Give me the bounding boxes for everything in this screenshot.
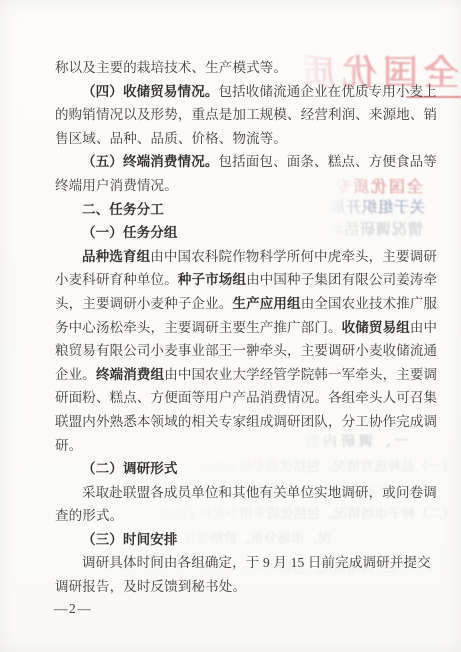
text-line: 务中心汤松牵头，主要调研主要生产推广部门。收储贸易组由中 [55,316,427,340]
text-line: （二）调研形式 [55,457,427,481]
bold-text-segment: （二）调研形式 [82,461,178,476]
text-line: 联盟内外熟悉本领域的相关专家组成调研团队，分工协作完成调 [55,410,427,434]
text-line: （三）时间安排 [55,528,427,552]
text-segment: 售区域、品种、品质、价格、物流等。 [55,131,287,146]
document-body: 称以及主要的栽培技术、生产模式等。（四）收储贸易情况。包括收储流通企业在优质专用… [55,56,427,599]
text-segment: 粮贸易有限公司小麦事业部王一翀牵头，主要调研小麦收储流通 [55,343,437,358]
text-segment: 小麦科研育种单位。 [55,272,178,287]
text-segment: 联盟内外熟悉本领域的相关专家组成调研团队，分工协作完成调 [55,414,437,429]
bold-text-segment: 品种选育组 [82,249,150,264]
text-line: 研。 [55,434,427,458]
text-line: 查的形式。 [55,504,427,528]
bold-text-segment: （四）收储贸易情况。 [82,84,219,99]
text-line: 的购销情况以及形势，重点是加工规模、经营利润、来源地、销 [55,103,427,127]
text-line: 粮贸易有限公司小麦事业部王一翀牵头，主要调研小麦收储流通 [55,339,427,363]
text-segment: 查的形式。 [55,508,123,523]
bold-text-segment: 种子市场组 [178,272,246,287]
text-segment: 企业。 [55,367,96,382]
bold-text-segment: 二、任务分工 [82,202,164,217]
text-line: （四）收储贸易情况。包括收储流通企业在优质专用小麦上 [55,80,427,104]
text-line: 终端用户消费情况。 [55,174,427,198]
text-segment: 由中 [410,320,437,335]
bold-text-segment: 终端消费组 [96,367,164,382]
text-segment: 头，主要调研小麦种子企业。 [55,296,232,311]
text-line: 小麦科研育种单位。种子市场组由中国种子集团有限公司姜涛牵 [55,268,427,292]
text-segment: 调研具体时间由各组确定，于 9 月 15 日前完成调研并提交 [82,555,431,570]
text-line: 调研报告，及时反馈到秘书处。 [55,575,427,599]
text-line: （一）任务分组 [55,221,427,245]
text-segment: 采取赴联盟各成员单位和其他有关单位实地调研，或问卷调 [82,485,437,500]
text-segment: 由中国种子集团有限公司姜涛牵 [246,272,437,287]
text-line: 头，主要调研小麦种子企业。生产应用组由全国农业技术推广服 [55,292,427,316]
text-line: 企业。终端消费组由中国农业大学经管学院韩一军牵头，主要调 [55,363,427,387]
text-segment: 由全国农业技术推广服 [301,296,438,311]
text-segment: 终端用户消费情况。 [55,178,178,193]
text-segment: 研。 [55,438,82,453]
bold-text-segment: 收储贸易组 [342,320,410,335]
text-line: 称以及主要的栽培技术、生产模式等。 [55,56,427,80]
text-line: 售区域、品种、品质、价格、物流等。 [55,127,427,151]
scanned-document-page: 全国优质全国优质专关于组织开展情况调研活动一、调研内容（一）品种选育情况。包括优… [0,0,461,652]
text-line: 研面粉、糕点、方便面等用户产品消费情况。各组牵头人可召集 [55,386,427,410]
text-line: 二、任务分工 [55,198,427,222]
bold-text-segment: （五）终端消费情况。 [82,154,219,169]
text-segment: 称以及主要的栽培技术、生产模式等。 [55,60,287,75]
text-segment: 由中国农业大学经管学院韩一军牵头，主要调 [164,367,437,382]
text-segment: 务中心汤松牵头，主要调研主要生产推广部门。 [55,320,342,335]
bold-text-segment: （一）任务分组 [82,225,178,240]
text-line: 采取赴联盟各成员单位和其他有关单位实地调研，或问卷调 [55,481,427,505]
text-segment: 由中国农科院作物科学所何中虎牵头，主要调研 [150,249,437,264]
text-line: 调研具体时间由各组确定，于 9 月 15 日前完成调研并提交 [55,551,427,575]
text-segment: 研面粉、糕点、方便面等用户产品消费情况。各组牵头人可召集 [55,390,437,405]
bold-text-segment: 生产应用组 [232,296,300,311]
text-line: 品种选育组由中国农科院作物科学所何中虎牵头，主要调研 [55,245,427,269]
text-line: （五）终端消费情况。包括面包、面条、糕点、方便食品等 [55,150,427,174]
text-segment: 包括收储流通企业在优质专用小麦上 [219,84,437,99]
page-number: —2— [54,601,92,617]
text-segment: 的购销情况以及形势，重点是加工规模、经营利润、来源地、销 [55,107,437,122]
text-segment: 包括面包、面条、糕点、方便食品等 [219,154,437,169]
bold-text-segment: （三）时间安排 [82,532,178,547]
text-segment: 调研报告，及时反馈到秘书处。 [55,579,246,594]
